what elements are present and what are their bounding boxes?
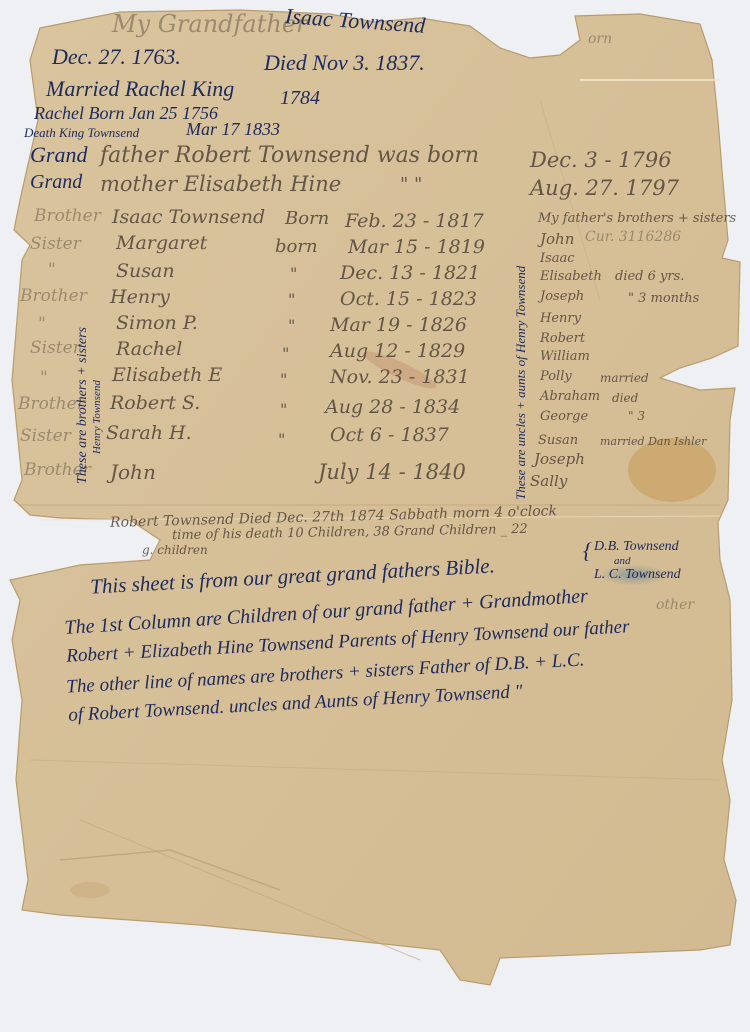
right-entry-name: Abraham xyxy=(540,390,600,403)
rachel-death-label: Death King Townsend xyxy=(24,126,139,139)
child-name: John xyxy=(110,462,156,482)
grandmother-ditto: " " xyxy=(400,176,422,194)
grandfather-text: father Robert Townsend was born xyxy=(100,145,479,167)
child-name: Simon P. xyxy=(116,314,198,333)
child-name: Susan xyxy=(116,262,175,281)
right-entry-name: Joseph xyxy=(534,452,585,467)
child-relation: " xyxy=(40,370,48,387)
header-fragment: orn xyxy=(588,32,612,46)
right-entry-name: John xyxy=(540,232,574,247)
child-name: Sarah H. xyxy=(106,424,192,443)
child-born: " xyxy=(278,432,285,448)
child-relation: Sister xyxy=(20,428,71,445)
middle-vertical-note: These are uncles + aunts of Henry Townse… xyxy=(514,266,527,500)
right-entry-name: Joseph xyxy=(540,290,584,303)
child-born: " xyxy=(282,346,289,362)
child-relation: Brother xyxy=(34,208,101,225)
grandfather-date: Dec. 3 - 1796 xyxy=(530,150,672,171)
death-record-line3: g. children xyxy=(142,544,208,556)
right-entry-note: " 3 months xyxy=(628,292,699,305)
child-date: Feb. 23 - 1817 xyxy=(345,212,484,231)
child-date: July 14 - 1840 xyxy=(318,462,466,483)
left-vertical-note-1: These are brothers + sisters xyxy=(76,327,90,484)
isaac-birth: Dec. 27. 1763. xyxy=(52,46,181,68)
right-entry-note: died xyxy=(612,392,638,404)
child-born: " xyxy=(280,372,287,388)
right-entry-name: William xyxy=(540,350,590,363)
left-vertical-note-2: Henry Townsend xyxy=(92,380,103,454)
child-name: Isaac Townsend xyxy=(112,208,265,227)
child-born: born xyxy=(275,238,318,256)
child-relation: Sister xyxy=(30,236,81,253)
grandmother-date: Aug. 27. 1797 xyxy=(530,178,679,199)
brace-icon: { xyxy=(583,540,592,562)
pencil-correction: other xyxy=(656,598,694,612)
child-relation: Brother xyxy=(20,288,87,305)
rachel-death-date: Mar 17 1833 xyxy=(186,120,280,138)
child-name: Margaret xyxy=(116,234,207,253)
right-entry-note: married Dan Ishler xyxy=(600,436,706,447)
right-entry-note: " 3 xyxy=(628,410,645,422)
right-entry-note: died 6 yrs. xyxy=(615,270,684,283)
right-entry-name: Susan xyxy=(538,434,578,447)
child-name: Henry xyxy=(110,288,170,307)
header-pencil: My Grandfather xyxy=(112,12,308,36)
child-date: Nov. 23 - 1831 xyxy=(330,368,470,387)
married-year: 1784 xyxy=(280,88,320,108)
child-relation: " xyxy=(48,262,56,279)
child-born: " xyxy=(290,266,297,282)
right-entry-name: Isaac xyxy=(540,252,575,265)
child-born: Born xyxy=(285,210,329,228)
grandmother-label: Grand xyxy=(30,172,82,192)
child-date: Oct 6 - 1837 xyxy=(330,426,449,445)
document-sheet: My Grandfather Isaac Townsend orn Dec. 2… xyxy=(0,0,750,1032)
right-entry-name: Elisabeth xyxy=(540,270,602,283)
child-date: Dec. 13 - 1821 xyxy=(340,264,480,283)
right-entry-name: Robert xyxy=(540,332,585,345)
married-line: Married Rachel King xyxy=(46,78,234,100)
right-entry-name: Henry xyxy=(540,312,581,325)
right-column-heading: My father's brothers + sisters xyxy=(538,212,736,225)
right-entry-note: married xyxy=(600,372,649,384)
child-date: Aug 12 - 1829 xyxy=(330,342,465,361)
child-born: " xyxy=(288,292,295,308)
grandmother-text: mother Elisabeth Hine xyxy=(100,174,341,195)
signature-name-2: L. C. Townsend xyxy=(594,568,681,582)
right-entry-name: George xyxy=(540,410,588,423)
child-name: Robert S. xyxy=(110,394,200,413)
child-date: Aug 28 - 1834 xyxy=(325,398,460,417)
right-entry-name: Sally xyxy=(530,474,567,489)
isaac-death: Died Nov 3. 1837. xyxy=(264,52,425,74)
right-entry-note: Cur. 3116286 xyxy=(585,230,681,244)
child-relation: Sister xyxy=(30,340,81,357)
child-date: Oct. 15 - 1823 xyxy=(340,290,477,309)
child-born: " xyxy=(280,402,287,418)
child-relation: " xyxy=(38,316,46,333)
child-date: Mar 19 - 1826 xyxy=(330,316,467,335)
child-born: " xyxy=(288,318,295,334)
child-name: Rachel xyxy=(116,340,182,359)
child-date: Mar 15 - 1819 xyxy=(348,238,485,257)
right-entry-name: Polly xyxy=(540,370,572,383)
signature-and: and xyxy=(614,556,631,567)
child-name: Elisabeth E xyxy=(112,366,222,385)
signature-name-1: D.B. Townsend xyxy=(594,540,679,554)
grandfather-label: Grand xyxy=(30,144,87,166)
